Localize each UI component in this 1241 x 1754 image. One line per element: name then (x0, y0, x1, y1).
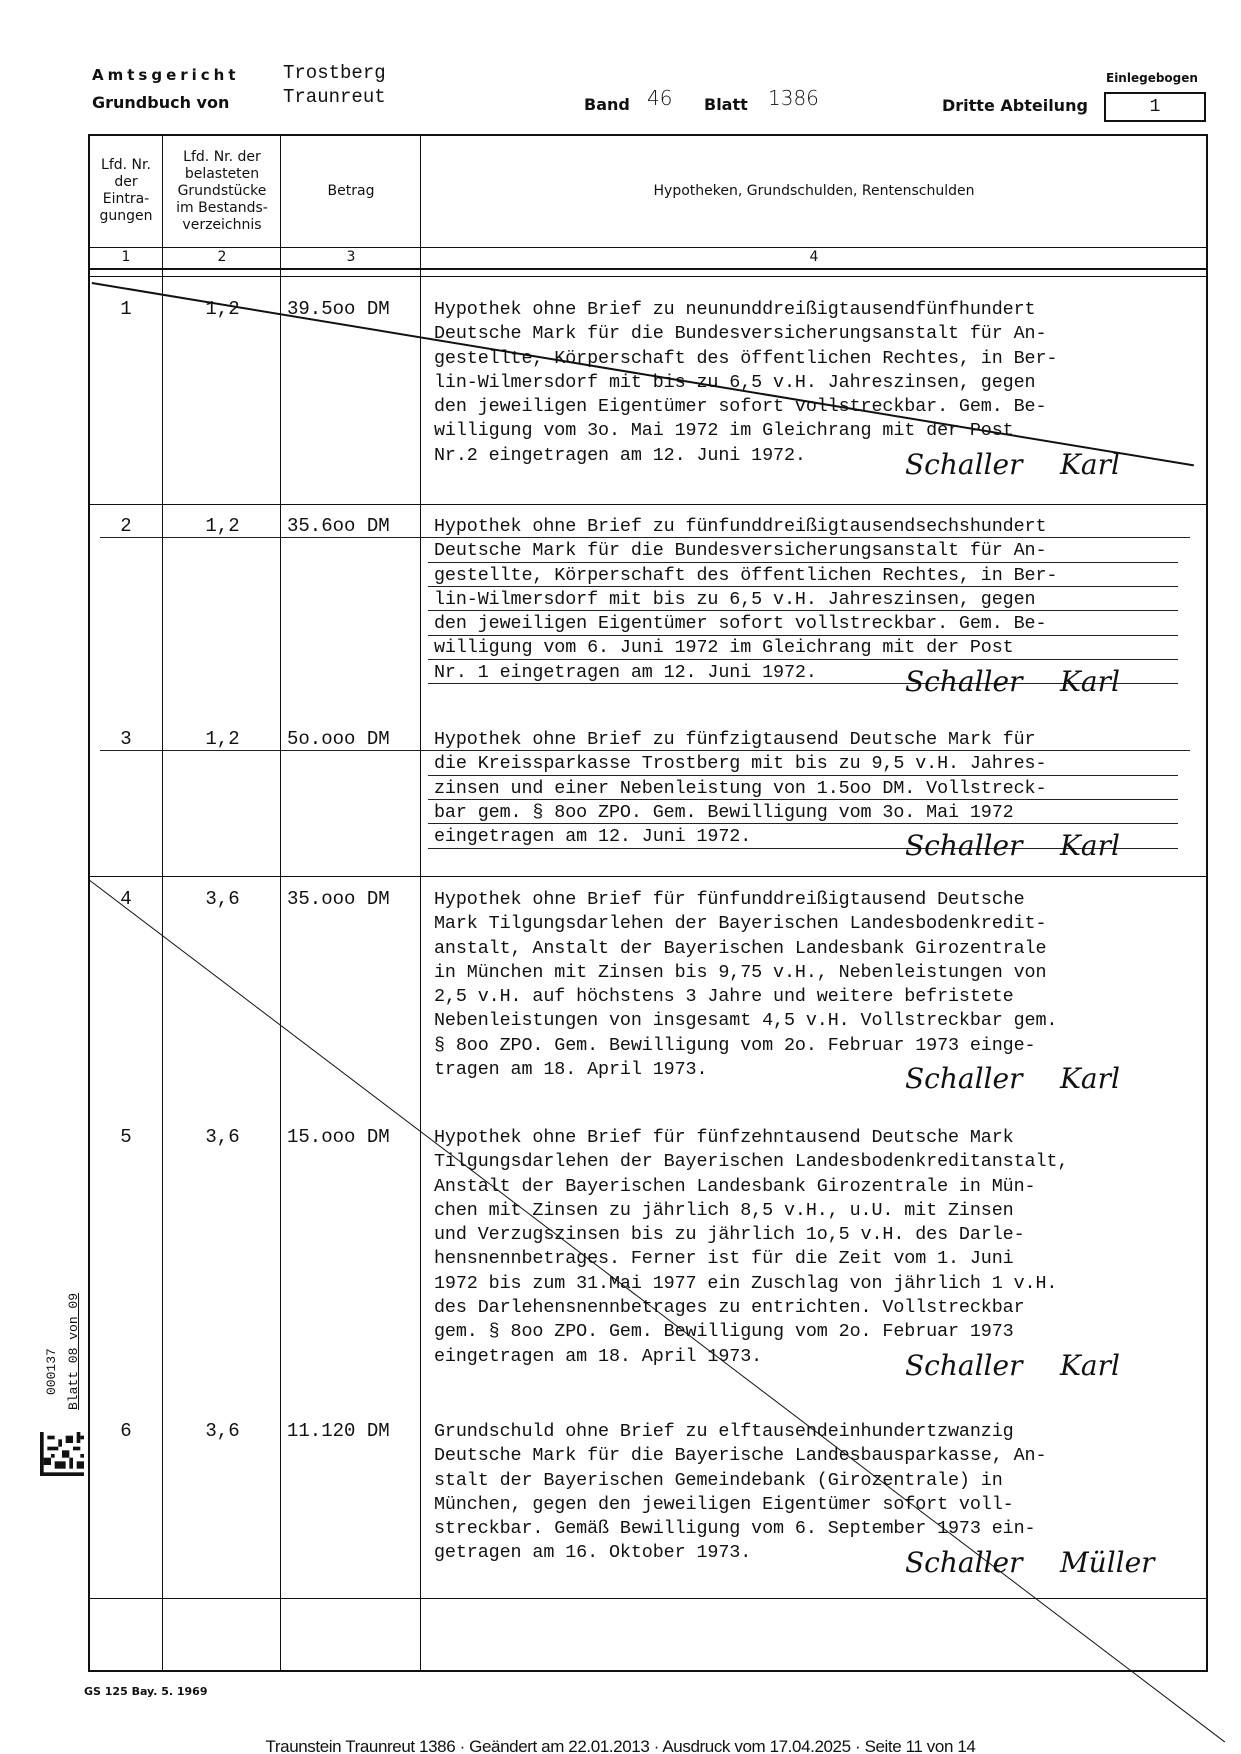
entry-number: 2 (90, 515, 162, 537)
entry-text-line: in München mit Zinsen bis 9,75 v.H., Neb… (434, 961, 1204, 985)
entry-text-line: Hypothek ohne Brief zu fünfzigtausend De… (434, 728, 1204, 752)
col-number: 2 (164, 249, 280, 268)
col-divider (280, 134, 281, 1672)
entry-text-line: Hypothek ohne Brief für fünfzehntausend … (434, 1126, 1204, 1150)
entry-text-line: Deutsche Mark für die Bayerische Landesb… (434, 1444, 1204, 1468)
grundbuch-value: Traunreut (283, 86, 386, 108)
col-header-rechte: Hypotheken, Grundschulden, Rentenschulde… (422, 136, 1206, 246)
document-number: 000137 (44, 1348, 59, 1395)
entry-number: 1 (90, 298, 162, 320)
entry-text-line: Hypothek ohne Brief zu fünfunddreißigtau… (434, 515, 1204, 539)
entry-text-line: und Verzugszinsen bis zu jährlich 1o,5 v… (434, 1223, 1204, 1247)
entry-amount: 15.ooo DM (287, 1126, 417, 1148)
entry-text-line: Deutsche Mark für die Bundesversicherung… (434, 539, 1204, 563)
entry-parcels: 3,6 (165, 1126, 280, 1148)
entry-text-line: § 8oo ZPO. Gem. Bewilligung vom 2o. Febr… (434, 1034, 1204, 1058)
col-divider (162, 134, 163, 1672)
entry-text-line: den jeweiligen Eigentümer sofort vollstr… (434, 612, 1204, 636)
col-number: 4 (422, 249, 1206, 268)
col-header-eintragung: Lfd. Nr.derEintra-gungen (90, 136, 162, 246)
header-divider (88, 268, 1208, 270)
grundbuch-label: Grundbuch von (92, 93, 229, 112)
col-number: 1 (90, 249, 162, 268)
einlegebogen-label: Einlegebogen (1106, 71, 1198, 85)
entry-text-line: streckbar. Gemäß Bewilligung vom 6. Sept… (434, 1517, 1204, 1541)
entry-text-line: gem. § 8oo ZPO. Gem. Bewilligung vom 2o.… (434, 1320, 1204, 1344)
signature: Schaller (905, 665, 1022, 698)
row-divider (88, 876, 1208, 877)
entry-parcels: 1,2 (165, 298, 280, 320)
entry-text-line: Tilgungsdarlehen der Bayerischen Landesb… (434, 1150, 1204, 1174)
underline (428, 586, 1178, 587)
signature: Müller (1060, 1546, 1155, 1579)
col-divider (420, 134, 421, 1672)
entry-text-line: Anstalt der Bayerischen Landesbank Giroz… (434, 1175, 1204, 1199)
underline (428, 823, 1178, 824)
band-label: Band (584, 95, 630, 114)
underline (100, 750, 1190, 751)
entry-text: Hypothek ohne Brief zu neununddreißigtau… (434, 298, 1204, 468)
entry-text-line: willigung vom 6. Juni 1972 im Gleichrang… (434, 636, 1204, 660)
entry-text-line: stalt der Bayerischen Gemeindebank (Giro… (434, 1469, 1204, 1493)
header-divider (88, 247, 1208, 248)
row-divider (88, 1598, 1208, 1599)
entry-text-line: bar gem. § 8oo ZPO. Gem. Bewilligung vom… (434, 801, 1204, 825)
sheet-indicator: Blatt 08 von 09 (66, 1293, 81, 1410)
signature: Karl (1060, 665, 1120, 698)
entry-parcels: 3,6 (165, 888, 280, 910)
entry-text-line: Hypothek ohne Brief für fünfunddreißigta… (434, 888, 1204, 912)
signature: Karl (1060, 1062, 1120, 1095)
signature: Karl (1060, 1349, 1120, 1382)
einlegebogen-value: 1 (1104, 92, 1206, 122)
entry-text-line: Deutsche Mark für die Bundesversicherung… (434, 322, 1204, 346)
entry-text-line: Hypothek ohne Brief zu neununddreißigtau… (434, 298, 1204, 322)
entry-amount: 5o.ooo DM (287, 728, 417, 750)
entry-text: Hypothek ohne Brief für fünfunddreißigta… (434, 888, 1204, 1082)
entry-text-line: die Kreissparkasse Trostberg mit bis zu … (434, 752, 1204, 776)
entry-text-line: anstalt, Anstalt der Bayerischen Landesb… (434, 937, 1204, 961)
underline (428, 799, 1178, 800)
band-value: 46 (647, 86, 672, 110)
blatt-value: 1386 (768, 86, 819, 110)
entry-text-line: Mark Tilgungsdarlehen der Bayerischen La… (434, 912, 1204, 936)
entry-amount: 35.ooo DM (287, 888, 417, 910)
entry-text-line: des Darlehensnennbetrages zu entrichten.… (434, 1296, 1204, 1320)
entry-parcels: 1,2 (165, 728, 280, 750)
underline (428, 610, 1178, 611)
entry-amount: 35.6oo DM (287, 515, 417, 537)
form-code: GS 125 Bay. 5. 1969 (84, 1685, 208, 1698)
entry-text-line: Nebenleistungen von insgesamt 4,5 v.H. V… (434, 1009, 1204, 1033)
entry-amount: 11.120 DM (287, 1420, 417, 1442)
print-footer: Traunstein Traunreut 1386 · Geändert am … (0, 1737, 1241, 1754)
datamatrix-code-icon (40, 1432, 84, 1476)
entry-text-line: lin-Wilmersdorf mit bis zu 6,5 v.H. Jahr… (434, 371, 1204, 395)
entry-text-line: lin-Wilmersdorf mit bis zu 6,5 v.H. Jahr… (434, 588, 1204, 612)
underline (100, 537, 1190, 538)
col-number: 3 (282, 249, 420, 268)
signature: Schaller (905, 1062, 1022, 1095)
entry-number: 6 (90, 1420, 162, 1442)
entry-text-line: 2,5 v.H. auf höchstens 3 Jahre und weite… (434, 985, 1204, 1009)
entry-text: Hypothek ohne Brief für fünfzehntausend … (434, 1126, 1204, 1369)
entry-text: Grundschuld ohne Brief zu elftausendeinh… (434, 1420, 1204, 1566)
entry-number: 3 (90, 728, 162, 750)
entry-text-line: Grundschuld ohne Brief zu elftausendeinh… (434, 1420, 1204, 1444)
entry-number: 5 (90, 1126, 162, 1148)
underline (428, 635, 1178, 636)
underline (428, 659, 1178, 660)
court-label: Amtsgericht (92, 66, 240, 84)
entry-text-line: München, gegen den jeweiligen Eigentümer… (434, 1493, 1204, 1517)
entry-text-line: den jeweiligen Eigentümer sofort vollstr… (434, 395, 1204, 419)
entry-text-line: 1972 bis zum 31.Mai 1977 ein Zuschlag vo… (434, 1272, 1204, 1296)
signature: Schaller (905, 1349, 1022, 1382)
entry-text-line: zinsen und einer Nebenleistung von 1.5oo… (434, 777, 1204, 801)
court-value: Trostberg (283, 62, 386, 84)
blatt-label: Blatt (704, 95, 748, 114)
header-divider (88, 276, 1208, 277)
entry-parcels: 3,6 (165, 1420, 280, 1442)
entry-text-line: gestellte, Körperschaft des öffentlichen… (434, 564, 1204, 588)
col-header-grundstuecke: Lfd. Nr. derbelastetenGrundstückeim Best… (164, 136, 280, 246)
signature: Schaller (905, 829, 1022, 862)
signature: Schaller (905, 448, 1022, 481)
entry-text-line: willigung vom 3o. Mai 1972 im Gleichrang… (434, 419, 1204, 443)
entry-parcels: 1,2 (165, 515, 280, 537)
underline (428, 562, 1178, 563)
underline (428, 775, 1178, 776)
entry-text-line: chen mit Zinsen zu jährlich 8,5 v.H., u.… (434, 1199, 1204, 1223)
section-title: Dritte Abteilung (942, 96, 1088, 115)
signature: Karl (1060, 829, 1120, 862)
row-divider (88, 504, 1208, 505)
col-header-betrag: Betrag (282, 136, 420, 246)
entry-text-line: hensnennbetrages. Ferner ist für die Zei… (434, 1247, 1204, 1271)
